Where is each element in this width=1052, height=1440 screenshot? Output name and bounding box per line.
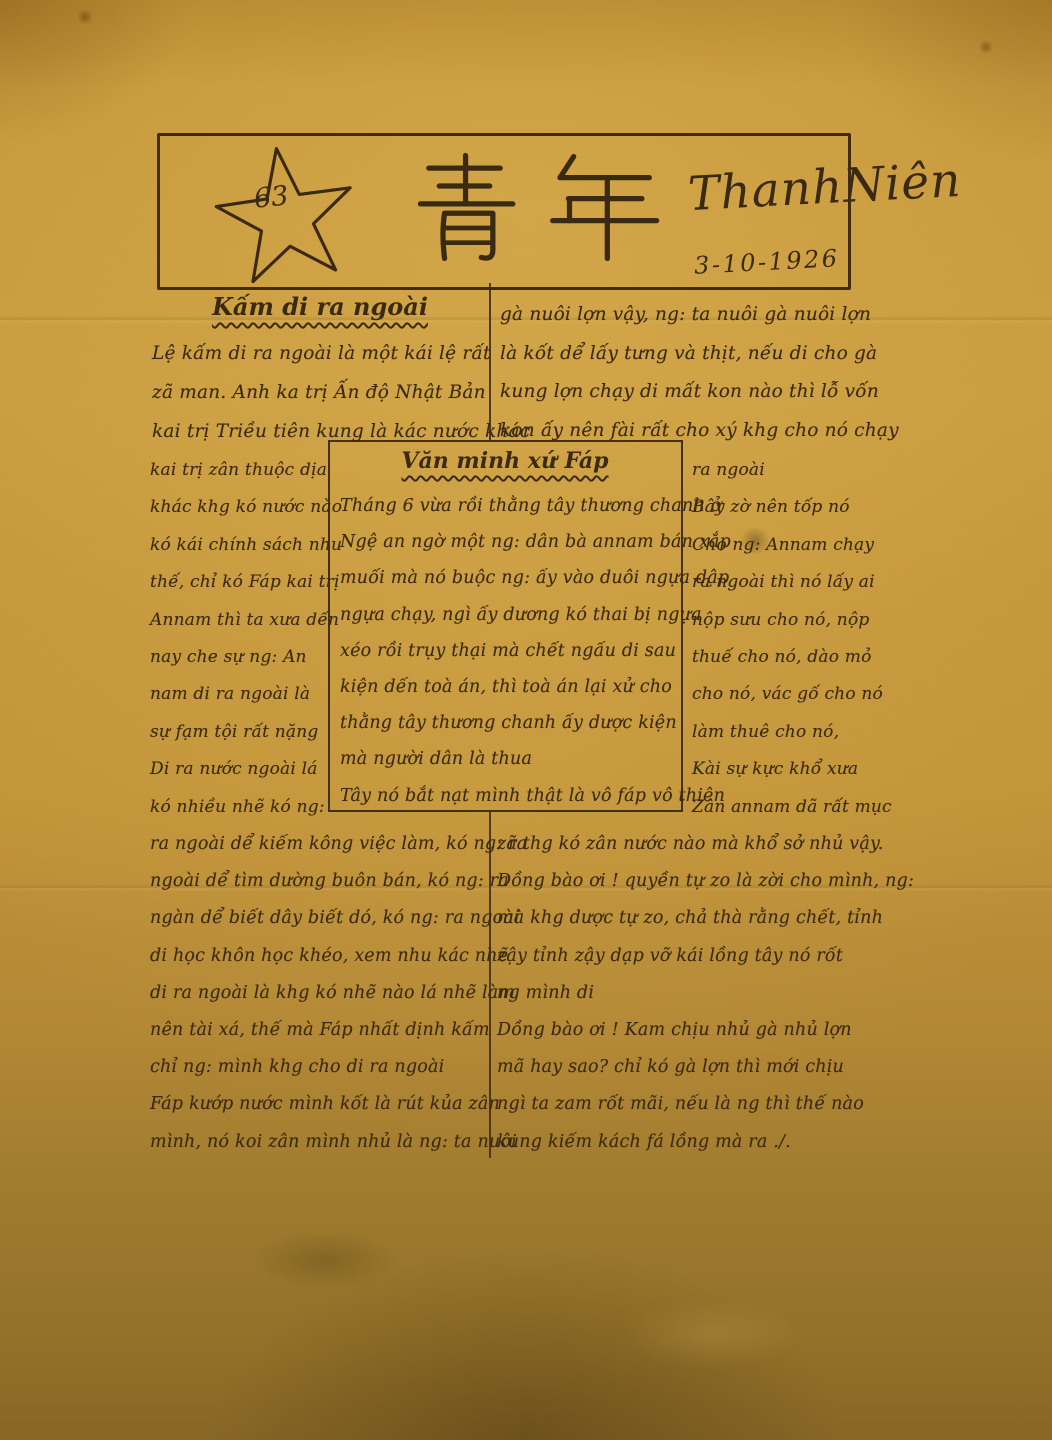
handwritten-line: mà người dân là thua [340,741,670,777]
newspaper-page-scan: { "masthead": { "issue_number": "63", "c… [0,0,1052,1440]
handwritten-line: thế, chỉ kó Fáp kai trị [150,564,328,601]
handwritten-line: ng mình di [497,975,911,1012]
handwritten-line: thuế cho nó, dào mỏ [692,639,908,676]
handwritten-line: kó nhiều nhẽ kó ng: [150,789,328,826]
handwritten-line: ra ngoài [692,452,908,489]
handwritten-line: Kài sự kực khổ xưa [692,751,908,788]
handwritten-line: Dồng bào ơi ! Kam chịu nhủ gà nhủ lợn [497,1012,911,1049]
paper-stain [620,1300,800,1370]
continuation-right-column: ra ngoài Bây zờ nên tốp nó Cho ng: Annam… [692,452,908,826]
handwritten-line: Cho ng: Annam chạy [692,527,908,564]
star-icon: 63 [166,138,406,286]
article-cam-title: Kấm di ra ngoài [152,292,488,334]
handwritten-line: zã man. Anh ka trị Ấn độ Nhật Bản [152,373,488,412]
handwritten-line: di học khôn học khéo, xem nhu kác nhẽ [150,938,490,975]
handwritten-line: nay che sự ng: An [150,639,328,676]
handwritten-line: Tây nó bắt nạt mình thật là vô fáp vô th… [340,778,670,814]
handwritten-line: thằng tây thương chanh ấy dược kiện [340,705,670,741]
handwritten-line: ra ngoài thì nó lấy ai [692,564,908,601]
handwritten-line: ngựa chạy, ngì ấy dương kó thai bị ngựa [340,597,670,633]
article-van-minh-column: Văn minh xứ Fáp Tháng 6 vừa rồi thằng tâ… [340,448,670,814]
handwritten-line: kó kái chính sách nhu [150,527,328,564]
handwritten-line: gà nuôi lợn vậy, ng: ta nuôi gà nuôi lợn [500,296,908,335]
handwritten-line: Di ra nước ngoài lá [150,751,328,788]
paper-stain [978,40,994,54]
handwritten-line: kung kiếm kách fá lồng mà ra ./. [497,1124,911,1161]
paper-stain [250,1230,400,1290]
handwritten-line: mã hay sao? chỉ kó gà lợn thì mới chịu [497,1049,911,1086]
handwritten-line: zã thg kó zân nước nào mà khổ sở nhủ vậy… [497,826,911,863]
handwritten-line: ngì ta zam rốt mãi, nếu là ng thì thế nà… [497,1086,911,1123]
article-van-minh-title: Văn minh xứ Fáp [340,448,670,488]
handwritten-line: muối mà nó buộc ng: ấy vào duôi ngựa dập [340,560,670,596]
handwritten-line: kiện dến toà án, thì toà án lại xử cho [340,669,670,705]
handwritten-line: làm thuê cho nó, [692,714,908,751]
handwritten-line: xéo rồi trụy thại mà chết ngấu di sau [340,633,670,669]
masthead-date: 3-10-1926 [693,244,840,280]
article-cam-bottom-column: ra ngoài dể kiếm kông việc làm, kó ng: r… [150,826,490,1161]
article-cam-intro-column: Kấm di ra ngoài Lệ kấm di ra ngoài là mộ… [152,292,488,451]
handwritten-line: kai trị Triều tiên kung là kác nước khác [152,412,488,451]
handwritten-line: sự fạm tội rất nặng [150,714,328,751]
masthead-box: 63 ThanhNiên 3-10-1926 [157,133,851,290]
handwritten-line: cho nó, vác gố cho nó [692,676,908,713]
handwritten-line: mà khg dược tự zo, chả thà rằng chết, tỉ… [497,900,911,937]
handwritten-line: Ngệ an ngờ một ng: dân bà annam bán xắp [340,524,670,560]
cjk-title-icon [412,148,664,266]
continuation-bottom-column: zã thg kó zân nước nào mà khổ sở nhủ vậy… [497,826,911,1161]
handwritten-line: ngoài dể tìm dường buôn bán, kó ng: ra [150,863,490,900]
handwritten-line: nên tài xá, thế mà Fáp nhất dịnh kấm [150,1012,490,1049]
handwritten-line: ngàn dể biết dây biết dó, kó ng: ra ngoà… [150,900,490,937]
continuation-top-right-column: gà nuôi lợn vậy, ng: ta nuôi gà nuôi lợn… [500,296,908,450]
handwritten-line: Tháng 6 vừa rồi thằng tây thương chanh ở [340,488,670,524]
handwritten-line: kung lợn chạy di mất kon nào thì lỗ vốn [500,373,908,412]
handwritten-line: là kốt dể lấy tưng và thịt, nếu di cho g… [500,335,908,374]
handwritten-line: Fáp kướp nước mình kốt là rút kủa zân [150,1086,490,1123]
paper-stain [76,10,94,24]
handwritten-line: di ra ngoài là khg kó nhẽ nào lá nhẽ làm [150,975,490,1012]
handwritten-line: mình, nó koi zân mình nhủ là ng: ta nuôi [150,1124,490,1161]
handwritten-line: kon ấy nên fài rất cho xý khg cho nó chạ… [500,412,908,451]
handwritten-line: Lệ kấm di ra ngoài là một kái lệ rất [152,334,488,373]
handwritten-line: nộp sưu cho nó, nộp [692,602,908,639]
article-cam-left-column: kai trị zân thuộc dịa khác khg kó nước n… [150,452,328,826]
handwritten-line: kai trị zân thuộc dịa [150,452,328,489]
handwritten-line: Zân annam dã rất mục [692,789,908,826]
handwritten-line: nam di ra ngoài là [150,676,328,713]
handwritten-line: Annam thì ta xưa dến [150,602,328,639]
handwritten-line: Bây zờ nên tốp nó [692,489,908,526]
handwritten-line: zậy tỉnh zậy dạp vỡ kái lồng tây nó rốt [497,938,911,975]
handwritten-line: Dồng bào ơi ! quyền tự zo là zời cho mìn… [497,863,911,900]
masthead-script-title: ThanhNiên [687,153,963,222]
handwritten-line: ra ngoài dể kiếm kông việc làm, kó ng: r… [150,826,490,863]
issue-number: 63 [252,180,289,214]
handwritten-line: chỉ ng: mình khg cho di ra ngoài [150,1049,490,1086]
handwritten-line: khác khg kó nước nào [150,489,328,526]
